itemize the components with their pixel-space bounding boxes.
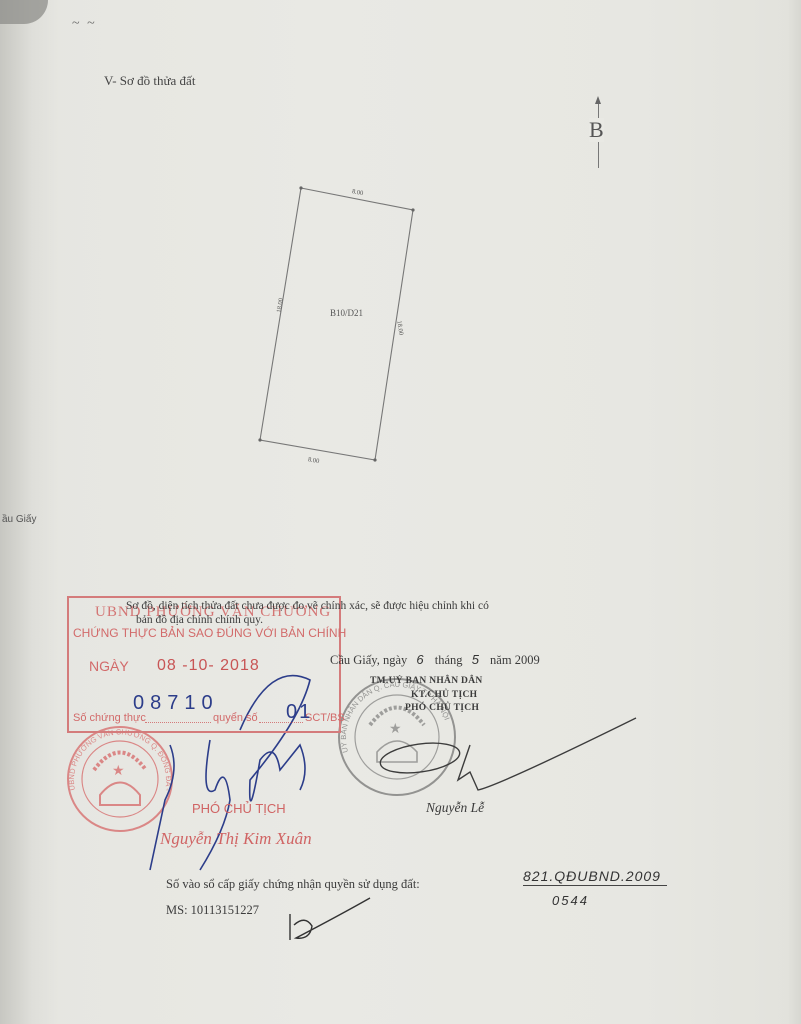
- org-line-2: KT.CHỦ TỊCH: [411, 690, 477, 700]
- document-page: ~ ~ V- Sơ đồ thửa đất B ầu Giấy 8.00 8.0…: [0, 0, 801, 1024]
- stamp-signer-name: Nguyễn Thị Kim Xuân: [160, 829, 312, 849]
- edge-label-left: 18.00: [276, 298, 285, 314]
- decision-number: 821.QĐUBND.2009: [523, 868, 667, 886]
- issuance-year: năm 2009: [490, 653, 540, 667]
- stamp-date-value: 08 -10- 2018: [157, 657, 260, 675]
- edge-label-right: 18.00: [395, 320, 404, 336]
- svg-text:★: ★: [389, 722, 402, 737]
- book-number: 01: [286, 701, 312, 724]
- ms-value: 10113151227: [191, 903, 259, 917]
- stamp-title: CHỨNG THỰC BẢN SAO ĐÚNG VỚI BẢN CHÍNH: [73, 626, 346, 640]
- issuance-date: Cầu Giấy, ngày 6 tháng 5 năm 2009: [330, 652, 540, 668]
- ms-label: MS:: [166, 903, 188, 917]
- parcel-diagram: 8.00 8.00 18.00 18.00 B10/D21 ★ UBND PHƯ…: [0, 0, 801, 1024]
- parcel-label: B10/D21: [330, 308, 363, 318]
- stamp-signer-title: PHÓ CHỦ TỊCH: [192, 801, 286, 816]
- issuance-month-label: tháng: [435, 653, 463, 667]
- cert-number: 08710: [133, 692, 219, 715]
- svg-text:★: ★: [112, 764, 125, 779]
- parcel-outline: [258, 186, 414, 461]
- disclaimer-note: Sơ đồ, diện tích thửa đất chưa được đo v…: [126, 599, 586, 627]
- dotted-line: [145, 722, 211, 723]
- edge-label-bottom: 8.00: [307, 456, 319, 465]
- stamp-date-label: NGÀY: [89, 658, 129, 674]
- org-line-3: PHÓ CHỦ TỊCH: [405, 703, 479, 713]
- issuance-day: 6: [410, 652, 431, 667]
- issuance-month: 5: [466, 652, 487, 667]
- org-line-1: TM.UỶ BAN NHÂN DÂN: [370, 676, 483, 686]
- entry-number: 0544: [552, 893, 589, 908]
- signer-name: Nguyễn Lễ: [426, 800, 484, 816]
- issuance-place: Cầu Giấy, ngày: [330, 653, 407, 667]
- note-line-2: bản đồ địa chính chính quy.: [126, 613, 586, 627]
- stamp-book-label: quyển số: [213, 712, 258, 724]
- edge-label-top: 8.00: [351, 188, 364, 197]
- ms-line: MS: 10113151227: [166, 903, 259, 918]
- note-line-1: Sơ đồ, diện tích thửa đất chưa được đo v…: [126, 600, 489, 612]
- signature-ms: [290, 898, 370, 940]
- registration-label: Số vào sổ cấp giấy chứng nhận quyền sử d…: [166, 877, 420, 892]
